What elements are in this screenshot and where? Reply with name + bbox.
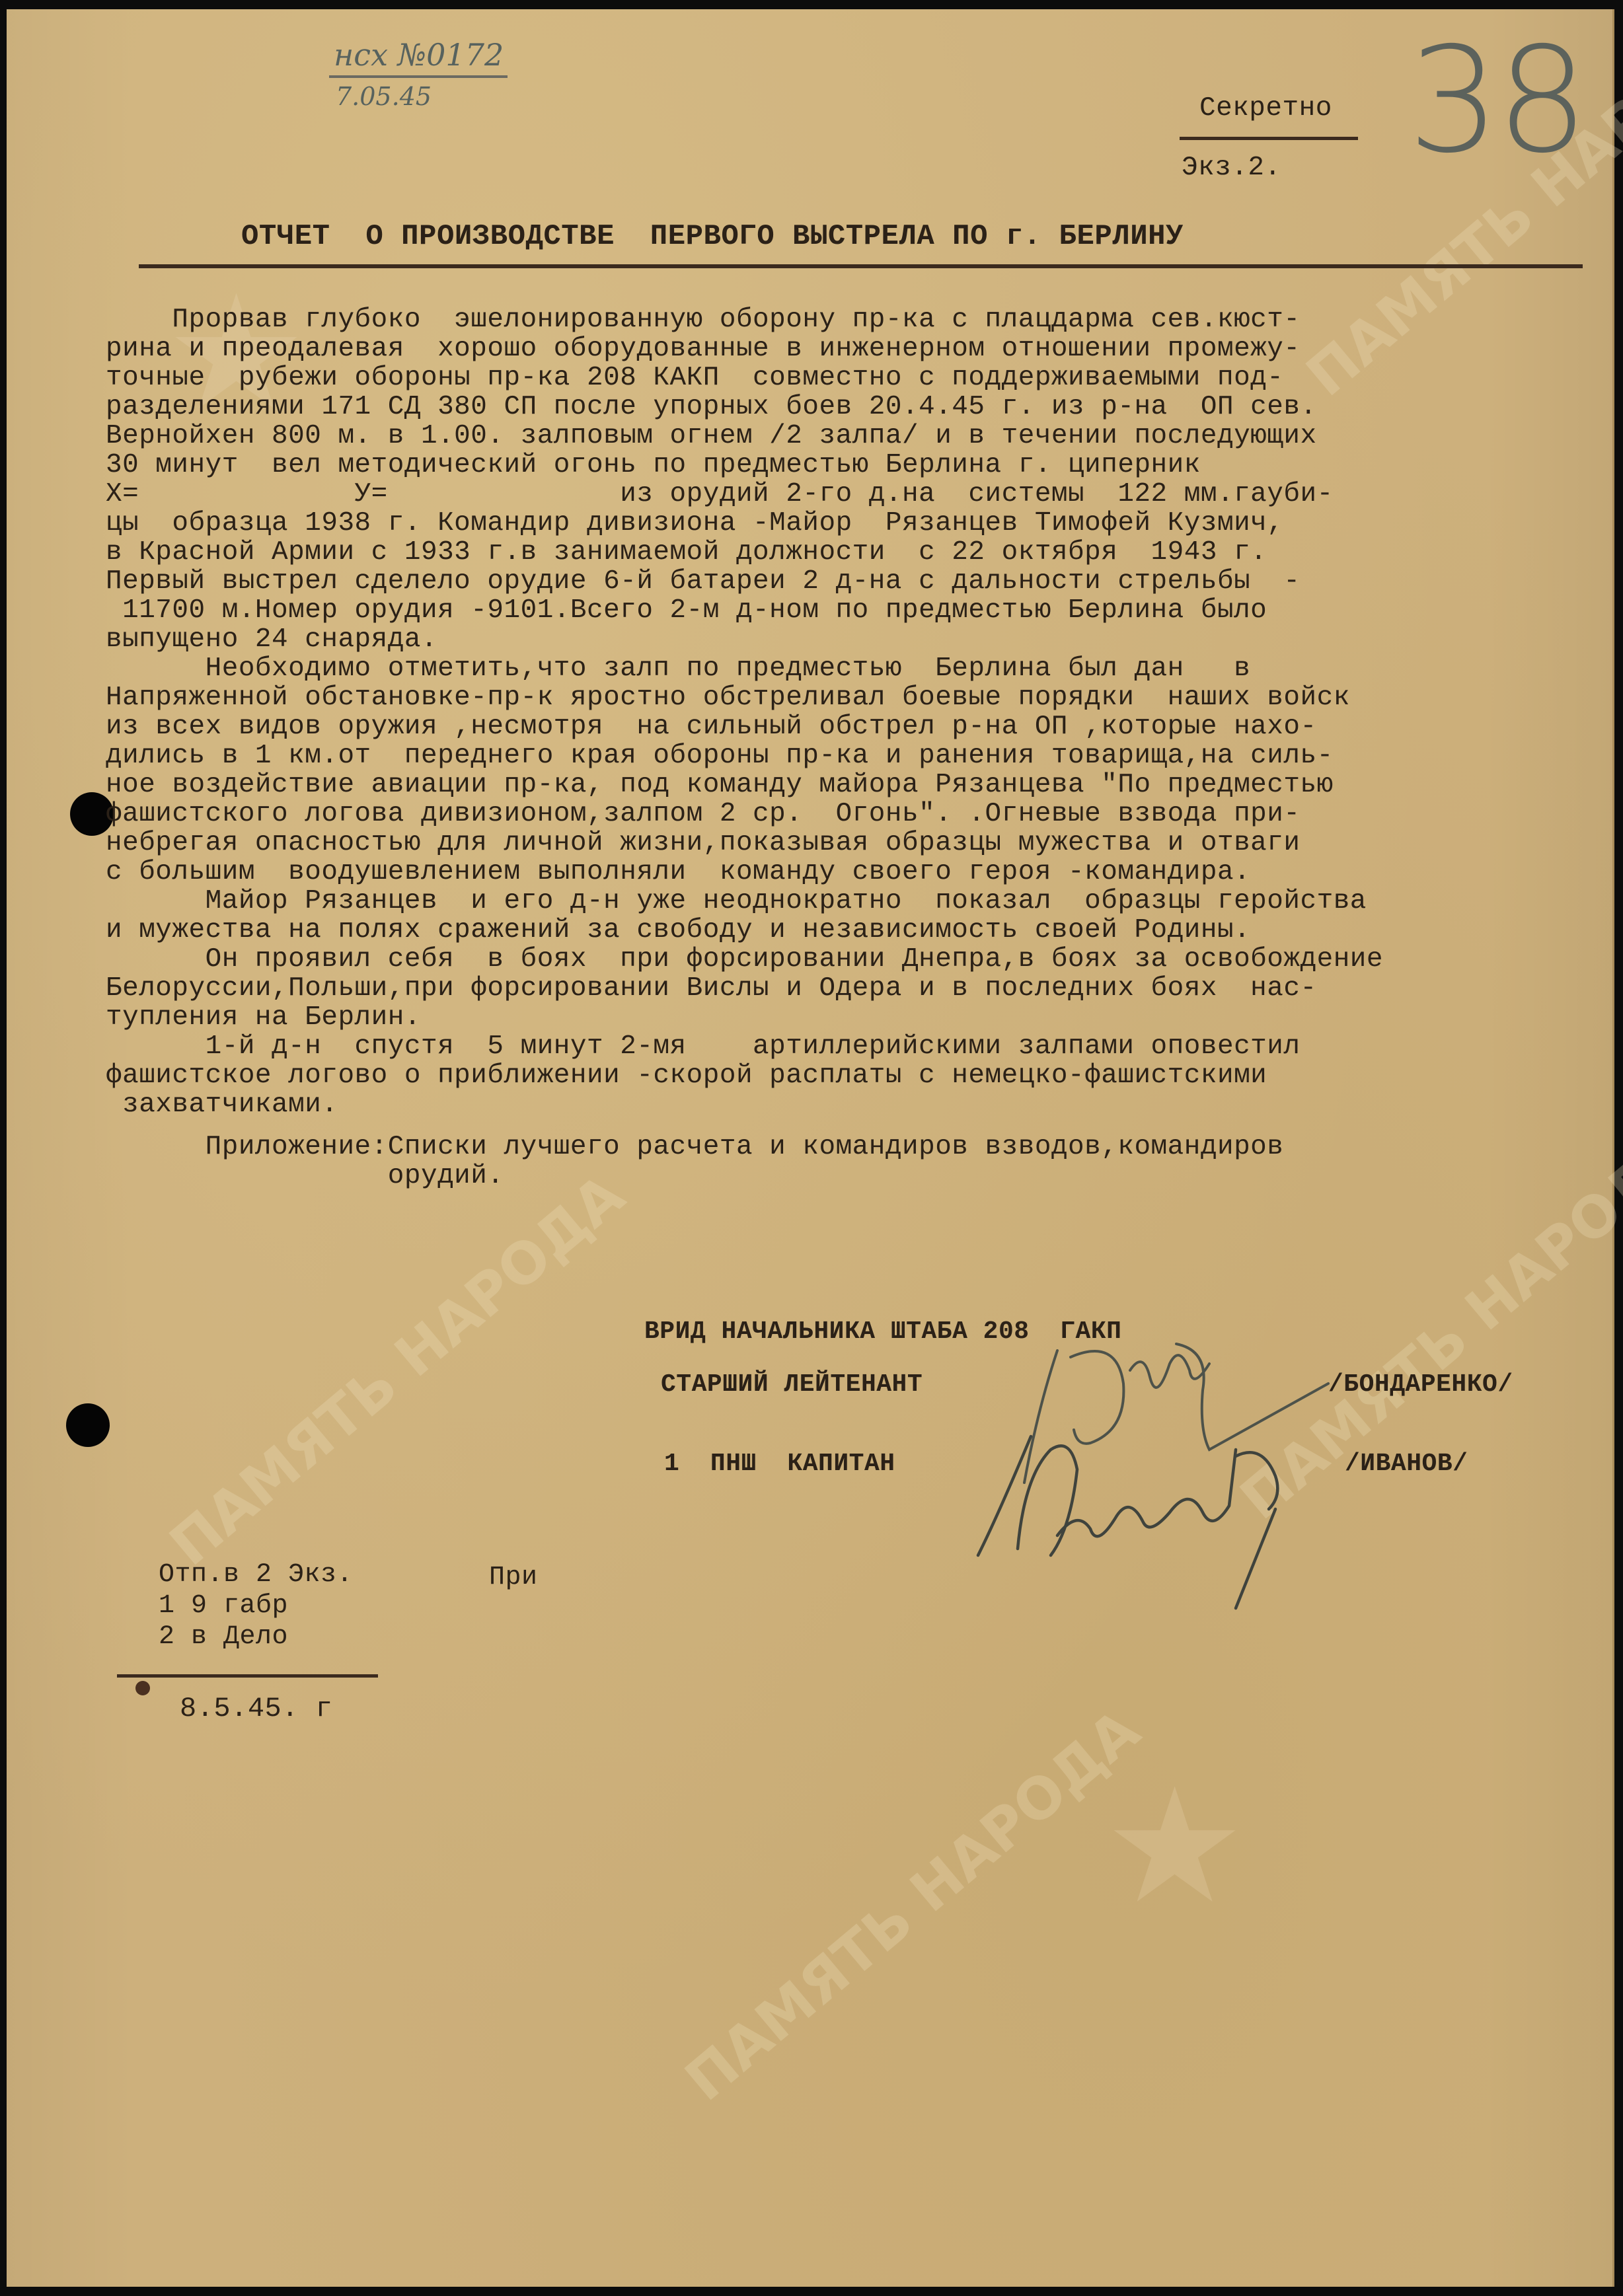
page-number: 38 <box>1408 16 1585 185</box>
dispatch-date: 8.5.45. г <box>180 1694 332 1723</box>
body-line: фашистское логово о приближении -скорой … <box>106 1061 1383 1090</box>
body-text: Прорвав глубоко эшелонированную оборону … <box>106 305 1383 1191</box>
classification-label: Секретно <box>1199 94 1332 123</box>
body-line: тупления на Берлин. <box>106 1003 1383 1032</box>
watermark-text: ПАМЯТЬ НАРОДА <box>162 1167 632 1574</box>
body-line: Белоруссии,Польши,при форсировании Вислы… <box>106 974 1383 1003</box>
distribution-line: 1 9 габр <box>159 1592 288 1621</box>
body-line: фашистского логова дивизионом,залпом 2 с… <box>106 799 1383 829</box>
body-line: точные рубежи обороны пр-ка 208 КАКП сов… <box>106 363 1383 392</box>
body-line: Необходимо отметить,что залп по предмест… <box>106 654 1383 683</box>
body-line: ное воздействие авиации пр-ка, под коман… <box>106 770 1383 799</box>
body-line: из всех видов оружия ,несмотря на сильны… <box>106 712 1383 741</box>
attachment-line: орудий. <box>106 1162 1383 1191</box>
body-line: 1-й д-н спустя 5 минут 2-мя артиллерийск… <box>106 1032 1383 1061</box>
distribution-line: Отп.в 2 Экз. <box>159 1561 353 1590</box>
distribution-note: При <box>489 1563 538 1592</box>
handwritten-ref-number: нсх №0172 <box>334 37 504 73</box>
body-line: Прорвав глубоко эшелонированную оборону … <box>106 305 1383 334</box>
body-line: дились в 1 км.от переднего края обороны … <box>106 741 1383 770</box>
body-line: и мужества на полях сражений за свободу … <box>106 916 1383 945</box>
signatory-rank: СТАРШИЙ ЛЕЙТЕНАНТ <box>661 1370 923 1399</box>
body-line-spacer <box>106 1119 1383 1132</box>
body-line: Х= У= из орудий 2-го д.на системы 122 мм… <box>106 480 1383 509</box>
body-line: 11700 м.Номер орудия -9101.Всего 2-м д-н… <box>106 596 1383 625</box>
body-line: захватчиками. <box>106 1090 1383 1119</box>
signature-ivanov-icon <box>958 1397 1368 1615</box>
document-page: ★ ★ ПАМЯТЬ НАРОДА ПАМЯТЬ НАРОДА ПАМЯТЬ Н… <box>7 9 1614 2287</box>
body-line: Майор Рязанцев и его д-н уже неоднократн… <box>106 887 1383 916</box>
punch-hole <box>66 1403 110 1447</box>
handwritten-ref-date: 7.05.45 <box>336 82 432 111</box>
body-line: Первый выстрел сделело орудие 6-й батаре… <box>106 567 1383 596</box>
document-title: ОТЧЕТ О ПРОИЗВОДСТВЕ ПЕРВОГО ВЫСТРЕЛА ПО… <box>241 222 1184 251</box>
body-line: разделениями 171 СД 380 СП после упорных… <box>106 392 1383 422</box>
classification-rule <box>1180 137 1358 140</box>
body-line: выпущено 24 снаряда. <box>106 625 1383 654</box>
body-line: цы образца 1938 г. Командир дивизиона -М… <box>106 509 1383 538</box>
body-line: Он проявил себя в боях при форсировании … <box>106 945 1383 974</box>
watermark-star-icon: ★ <box>1104 1754 1246 1939</box>
title-rule <box>139 264 1583 268</box>
body-line: в Красной Армии с 1933 г.в занимаемой до… <box>106 538 1383 567</box>
body-line: небрегая опасностью для личной жизни,пок… <box>106 829 1383 858</box>
ink-blot <box>135 1681 150 1695</box>
attachment-line: Приложение:Списки лучшего расчета и кома… <box>106 1132 1383 1162</box>
copy-number: Экз.2. <box>1182 153 1281 182</box>
distribution-line: 2 в Дело <box>159 1623 288 1652</box>
distribution-rule <box>117 1674 378 1678</box>
signatory-rank: 1 ПНШ КАПИТАН <box>664 1450 895 1479</box>
body-line: Вернойхен 800 м. в 1.00. залповым огнем … <box>106 422 1383 451</box>
body-line: 30 минут вел методический огонь по предм… <box>106 451 1383 480</box>
body-line: рина и преодалевая хорошо оборудованные … <box>106 334 1383 363</box>
body-line: с большим воодушевлением выполняли коман… <box>106 858 1383 887</box>
body-line: Напряженной обстановке-пр-к яростно обст… <box>106 683 1383 712</box>
handwritten-underline <box>329 75 508 78</box>
watermark-text: ПАМЯТЬ НАРОДА <box>677 1702 1148 2109</box>
